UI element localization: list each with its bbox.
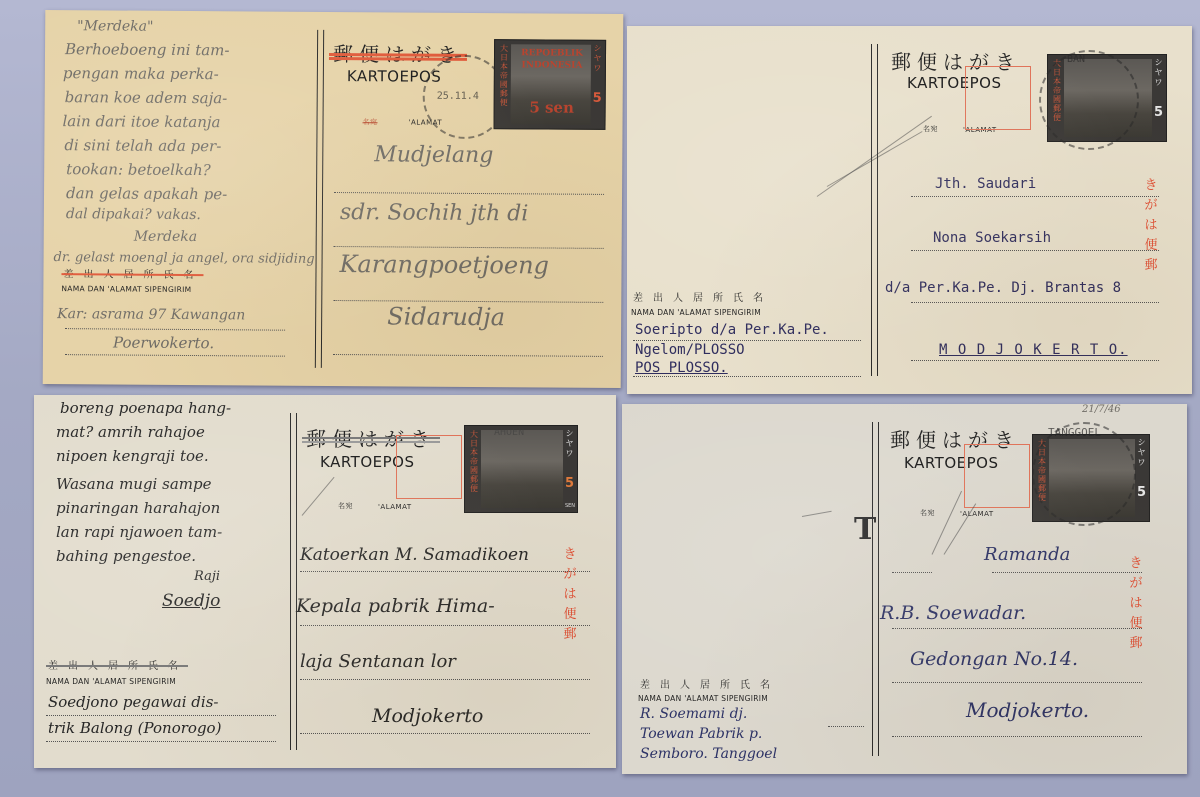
dotted-line	[300, 679, 590, 680]
address-line: Sidarudja	[387, 302, 505, 331]
message-line: "Merdeka"	[77, 18, 153, 35]
message-line: dan gelas apakah pe-	[66, 184, 227, 203]
stamp-image-oxen	[481, 430, 563, 508]
dotted-line	[992, 572, 1142, 573]
postmark-town: TANGGOEL	[1048, 426, 1101, 439]
stamp-value: 5	[1153, 105, 1164, 120]
sender-label: NAMA DAN 'ALAMAT SIPENGIRIM	[46, 677, 176, 686]
stamp-script: シヤワ	[1153, 58, 1164, 88]
message-line: pinaringan harahajon	[56, 499, 220, 517]
pencil-mark	[302, 477, 335, 516]
name-label-jp: 名宛	[923, 124, 938, 134]
stamp-overprint: REPOEBLIK	[513, 48, 591, 59]
pencil-mark	[932, 491, 962, 555]
dotted-line	[300, 625, 590, 626]
sender-line: Ngelom/PLOSSO	[635, 342, 745, 358]
pencil-mark	[802, 511, 832, 517]
postcard-top-left: "Merdeka" Berhoeboeng ini tam- pengan ma…	[43, 10, 624, 388]
signature-closing: Raji	[194, 569, 220, 584]
alamat-label: 'ALAMAT	[960, 510, 994, 518]
message-line: Wasana mugi sampe	[56, 475, 211, 493]
dotted-line	[300, 571, 590, 572]
message-line: nipoen kengraji toe.	[56, 447, 209, 465]
pencil-date-note: 21/7/46	[1082, 404, 1121, 415]
dotted-line	[65, 328, 285, 331]
address-line: Gedongan No.14.	[910, 648, 1078, 670]
dotted-line	[892, 628, 1142, 629]
message-line: lan rapi njawoen tam-	[56, 523, 222, 541]
address-line: Ramanda	[984, 544, 1070, 565]
message-line: boreng poenapa hang-	[60, 399, 231, 417]
dotted-line	[911, 302, 1159, 303]
sender-label: NAMA DAN 'ALAMAT SIPENGIRIM	[638, 694, 768, 703]
stamp-value: 5	[564, 476, 575, 491]
sender-line: Poerwokerto.	[113, 333, 214, 352]
stamp-script: シヤワ	[1136, 438, 1147, 468]
address-line: d/a Per.Ka.Pe. Dj. Brantas 8	[885, 280, 1121, 296]
sender-line: Kar: asrama 97 Kawangan	[57, 306, 245, 323]
dotted-line	[633, 340, 861, 341]
dotted-line	[633, 376, 861, 377]
name-label-jp: 名宛	[363, 117, 378, 127]
address-line: M O D J O K E R T O.	[939, 342, 1128, 358]
card-divider	[872, 422, 879, 756]
address-line: Modjokerto.	[966, 698, 1089, 722]
dotted-line	[46, 741, 276, 742]
address-line: Jth. Saudari	[935, 176, 1036, 192]
address-line: Katoerkan M. Samadikoen	[300, 545, 529, 565]
address-line: Modjokerto	[372, 705, 483, 727]
sender-line: POS PLOSSO.	[635, 360, 728, 376]
stamp-placement-box	[964, 444, 1030, 508]
dotted-line	[892, 736, 1142, 737]
sender-line: trik Balong (Ponorogo)	[48, 719, 221, 737]
postmark	[1039, 50, 1139, 150]
stamp-sen: SEN	[564, 503, 576, 509]
stamp-left-text: 大日本帝國郵便	[468, 430, 480, 508]
sender-heading-jp: 差出人居所氏名	[63, 265, 203, 281]
message-line: Merdeka	[134, 229, 198, 245]
dotted-line	[911, 196, 1159, 197]
name-label-jp: 名宛	[338, 501, 353, 511]
message-line: Berhoeboeng ini tam-	[65, 40, 230, 59]
address-line: R.B. Soewadar.	[880, 602, 1026, 624]
sender-line: R. Soemami dj.	[640, 706, 747, 722]
dotted-line	[334, 192, 604, 195]
stamp-left-text: 大日本帝國郵便	[498, 44, 511, 124]
sender-line: dr. gelast moengl ja angel, ora sidjidin…	[54, 250, 315, 267]
message-line: lain dari itoe katanja	[62, 112, 220, 131]
card-divider	[290, 413, 297, 750]
postmark-town: BAN	[1067, 54, 1085, 65]
stamp-script: シヤワ	[564, 429, 575, 459]
message-line: bahing pengestoe.	[56, 547, 196, 565]
postmark-town: AHOEN	[494, 427, 524, 438]
dotted-line	[911, 360, 1159, 361]
dotted-line	[892, 682, 1142, 683]
postcard-bottom-left: boreng poenapa hang- mat? amrih rahajoe …	[34, 395, 616, 768]
dotted-line	[46, 715, 276, 716]
vertical-japanese-text: きがは便郵	[1143, 176, 1159, 276]
stamp-value: 5	[592, 91, 603, 106]
card-divider	[315, 30, 324, 368]
sender-heading-jp: 差出人居所氏名	[48, 657, 188, 672]
address-line: laja Sentanan lor	[300, 651, 456, 672]
sender-line: Toewan Pabrik p.	[640, 726, 762, 742]
alamat-label: 'ALAMAT	[378, 503, 412, 511]
message-line: di sini telah ada per-	[64, 136, 221, 155]
address-line: Mudjelang	[374, 142, 493, 168]
message-line: tookan: betoelkah?	[66, 160, 211, 179]
address-line: Kepala pabrik Hima-	[296, 595, 495, 617]
address-line: Nona Soekarsih	[933, 230, 1051, 246]
dotted-line	[892, 572, 932, 573]
vertical-japanese-text: きがは便郵	[1128, 554, 1144, 654]
dotted-line	[65, 354, 285, 357]
stamp-overprint: INDONESIA	[513, 60, 591, 71]
message-line: pengan maka perka-	[63, 64, 219, 83]
sender-label: NAMA DAN 'ALAMAT SIPENGIRIM	[631, 308, 761, 317]
sender-heading-jp: 差出人居所氏名	[640, 676, 780, 691]
dotted-line	[828, 726, 864, 727]
dotted-line	[334, 246, 604, 249]
postcard-bottom-right: T 21/7/46 差出人居所氏名 NAMA DAN 'ALAMAT SIPEN…	[622, 404, 1187, 774]
dotted-line	[333, 354, 603, 357]
postmark-date: 25.11.4	[437, 91, 479, 102]
dotted-line	[300, 733, 590, 734]
address-line: Karangpoetjoeng	[339, 250, 549, 279]
stamp-placement-box	[396, 435, 462, 499]
address-line: sdr. Sochih jth di	[340, 200, 529, 226]
stamp-placement-box	[965, 66, 1031, 130]
message-line: baran koe adem saja-	[65, 88, 228, 107]
signature: Soedjo	[162, 591, 220, 611]
postage-stamp: 大日本帝國郵便 シヤワ 5 SEN	[464, 425, 578, 513]
sender-line: Soedjono pegawai dis-	[48, 693, 218, 711]
stamp-overprint-value: 5 sen	[513, 98, 591, 117]
message-line: mat? amrih rahajoe	[56, 423, 205, 441]
vertical-japanese-text: きがは便郵	[562, 545, 578, 645]
postage-stamp: 大日本帝國郵便 REPOEBLIK INDONESIA 5 sen シヤワ 5	[493, 39, 606, 130]
postcard-top-right: 差出人居所氏名 NAMA DAN 'ALAMAT SIPENGIRIM Soer…	[627, 26, 1192, 394]
sender-line: Soeripto d/a Per.Ka.Pe.	[635, 322, 829, 338]
stamp-script: シヤワ	[592, 44, 603, 74]
name-label-jp: 名宛	[920, 508, 935, 518]
sender-label: NAMA DAN 'ALAMAT SIPENGIRIM	[61, 284, 191, 294]
sender-line: Semboro. Tanggoel	[640, 746, 777, 762]
message-line: dal dipakai? vakas.	[66, 206, 201, 223]
sender-heading-jp: 差出人居所氏名	[633, 289, 773, 304]
stamp-value: 5	[1136, 485, 1147, 500]
card-divider	[871, 44, 878, 376]
dotted-line	[911, 250, 1159, 251]
